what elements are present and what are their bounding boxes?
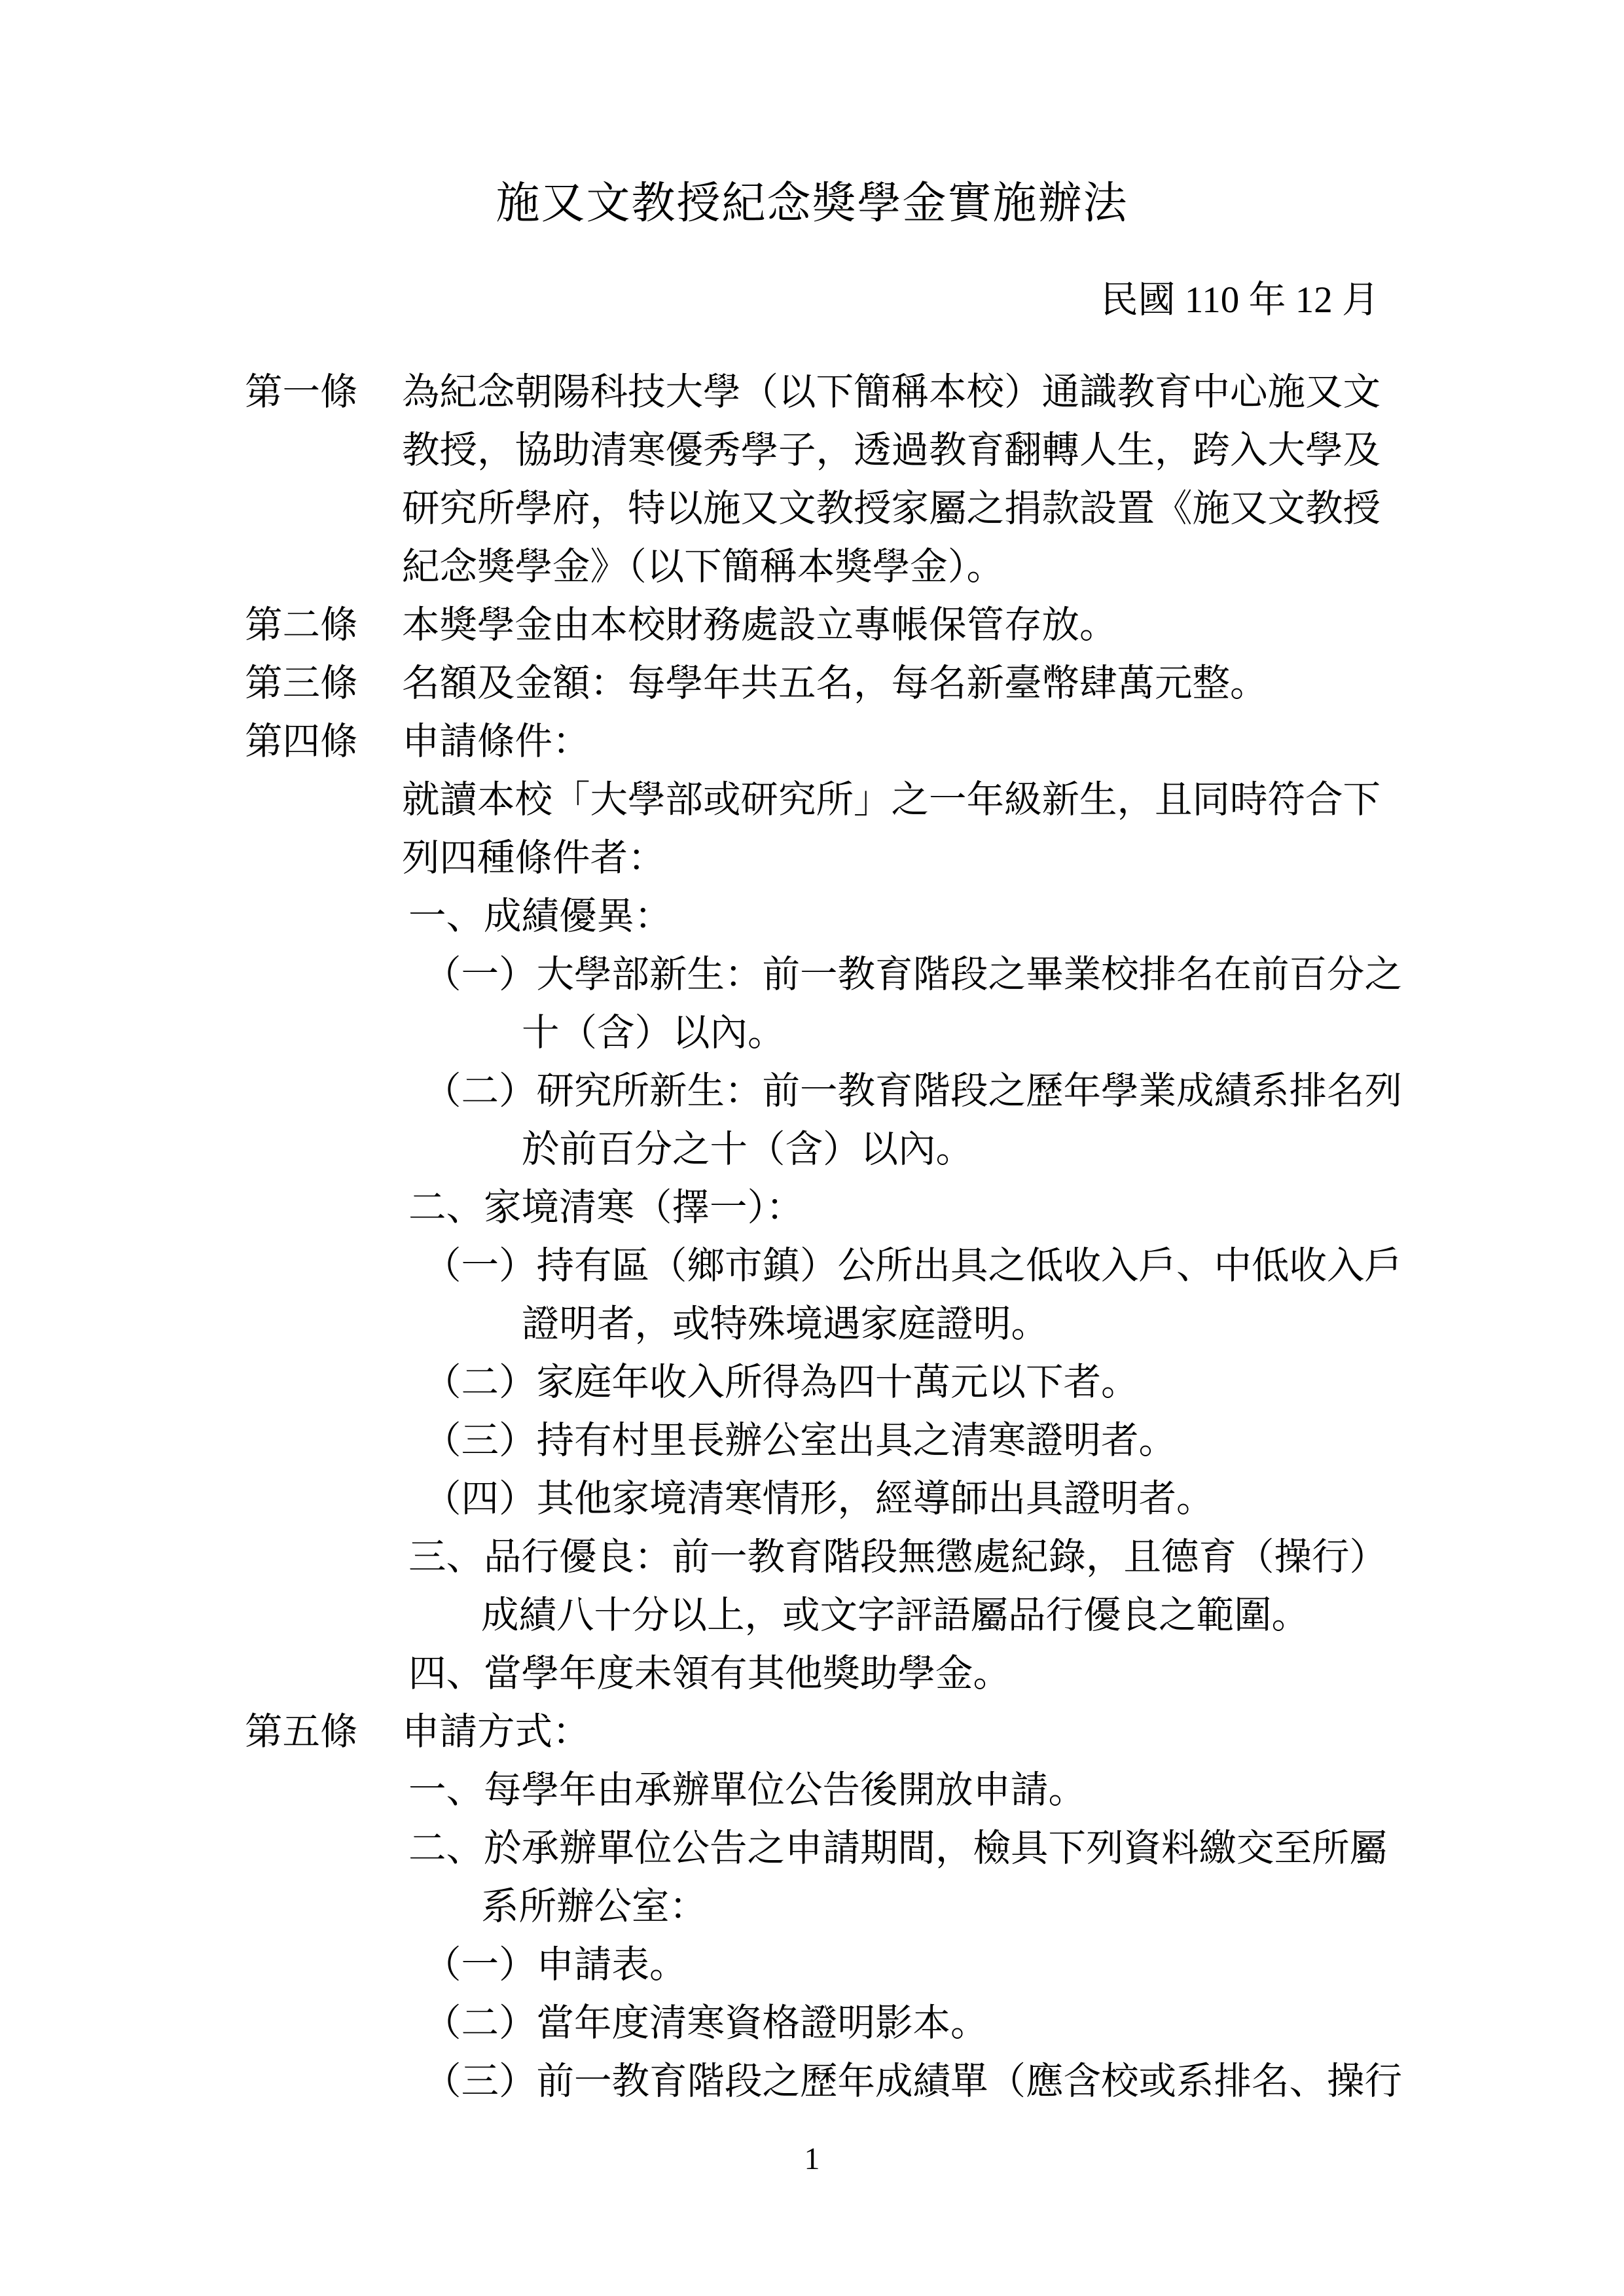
line-text: （二）家庭年收入所得為四十萬元以下者。 bbox=[424, 1354, 1139, 1412]
line-text: （三）持有村里長辦公室出具之清寒證明者。 bbox=[424, 1412, 1176, 1470]
line-text: （三）前一教育階段之歷年成績單（應含校或系排名、操行 bbox=[424, 2053, 1402, 2111]
line-text: 二、家境清寒（擇一）： bbox=[408, 1179, 804, 1237]
text-line: 一、成績優異： bbox=[0, 888, 1624, 946]
page-number: 1 bbox=[0, 2130, 1624, 2188]
article-label: 第一條 bbox=[245, 363, 358, 422]
text-line: （三）前一教育階段之歷年成績單（應含校或系排名、操行 bbox=[0, 2053, 1624, 2111]
text-line: 證明者，或特殊境遇家庭證明。 bbox=[0, 1295, 1624, 1354]
line-text: 申請條件： bbox=[402, 713, 590, 771]
line-text: 四、當學年度未領有其他獎助學金。 bbox=[408, 1645, 1011, 1703]
document-lines: 第一條為紀念朝陽科技大學（以下簡稱本校）通識教育中心施又文教授，協助清寒優秀學子… bbox=[0, 363, 1624, 2111]
line-text: （二）研究所新生：前一教育階段之歷年學業成績系排名列 bbox=[424, 1062, 1402, 1121]
text-line: 第四條申請條件： bbox=[0, 713, 1624, 771]
date-line: 民國 110 年 12 月 bbox=[245, 271, 1379, 329]
line-text: （四）其他家境清寒情形，經導師出具證明者。 bbox=[424, 1470, 1214, 1528]
line-text: 於前百分之十（含）以內。 bbox=[522, 1121, 973, 1179]
text-line: 第一條為紀念朝陽科技大學（以下簡稱本校）通識教育中心施又文 bbox=[0, 363, 1624, 422]
line-text: （一）申請表。 bbox=[424, 1936, 687, 1994]
text-line: （三）持有村里長辦公室出具之清寒證明者。 bbox=[0, 1412, 1624, 1470]
line-text: 三、品行優良：前一教育階段無懲處紀錄，且德育（操行） bbox=[408, 1528, 1387, 1587]
line-text: 十（含）以內。 bbox=[522, 1004, 785, 1062]
line-text: 研究所學府，特以施又文教授家屬之捐款設置《施又文教授 bbox=[402, 480, 1380, 538]
line-text: 名額及金額：每學年共五名，每名新臺幣肆萬元整。 bbox=[402, 655, 1268, 713]
article-label: 第二條 bbox=[245, 596, 358, 655]
text-line: 列四種條件者： bbox=[0, 829, 1624, 888]
text-line: 三、品行優良：前一教育階段無懲處紀錄，且德育（操行） bbox=[0, 1528, 1624, 1587]
article-label: 第五條 bbox=[245, 1703, 358, 1761]
text-line: （一）大學部新生：前一教育階段之畢業校排名在前百分之 bbox=[0, 946, 1624, 1004]
line-text: 教授，協助清寒優秀學子，透過教育翻轉人生，跨入大學及 bbox=[402, 422, 1380, 480]
line-text: 二、於承辦單位公告之申請期間，檢具下列資料繳交至所屬 bbox=[408, 1820, 1387, 1878]
text-line: 一、每學年由承辦單位公告後開放申請。 bbox=[0, 1761, 1624, 1820]
line-text: （一）持有區（鄉市鎮）公所出具之低收入戶、中低收入戶 bbox=[424, 1237, 1402, 1295]
text-line: 第五條申請方式： bbox=[0, 1703, 1624, 1761]
text-line: （二）當年度清寒資格證明影本。 bbox=[0, 1994, 1624, 2053]
text-line: 十（含）以內。 bbox=[0, 1004, 1624, 1062]
line-text: （二）當年度清寒資格證明影本。 bbox=[424, 1994, 988, 2053]
text-line: 第二條本獎學金由本校財務處設立專帳保管存放。 bbox=[0, 596, 1624, 655]
line-text: 為紀念朝陽科技大學（以下簡稱本校）通識教育中心施又文 bbox=[402, 363, 1380, 422]
page-title: 施又文教授紀念獎學金實施辦法 bbox=[245, 174, 1379, 233]
text-line: 於前百分之十（含）以內。 bbox=[0, 1121, 1624, 1179]
text-line: 教授，協助清寒優秀學子，透過教育翻轉人生，跨入大學及 bbox=[0, 422, 1624, 480]
article-label: 第三條 bbox=[245, 655, 358, 713]
text-line: 研究所學府，特以施又文教授家屬之捐款設置《施又文教授 bbox=[0, 480, 1624, 538]
text-line: 第三條名額及金額：每學年共五名，每名新臺幣肆萬元整。 bbox=[0, 655, 1624, 713]
line-text: 一、成績優異： bbox=[408, 888, 672, 946]
line-text: 列四種條件者： bbox=[402, 829, 666, 888]
line-text: 紀念獎學金》（以下簡稱本獎學金）。 bbox=[402, 538, 1004, 596]
document-page: { "page": { "title": "施又文教授紀念獎學金實施辦法", "… bbox=[0, 0, 1624, 2296]
line-text: 成績八十分以上，或文字評語屬品行優良之範圍。 bbox=[481, 1587, 1309, 1645]
line-text: 申請方式： bbox=[402, 1703, 590, 1761]
line-text: 系所辦公室： bbox=[481, 1878, 707, 1936]
text-line: （四）其他家境清寒情形，經導師出具證明者。 bbox=[0, 1470, 1624, 1528]
text-line: （二）研究所新生：前一教育階段之歷年學業成績系排名列 bbox=[0, 1062, 1624, 1121]
text-line: 二、於承辦單位公告之申請期間，檢具下列資料繳交至所屬 bbox=[0, 1820, 1624, 1878]
line-text: 就讀本校「大學部或研究所」之一年級新生，且同時符合下 bbox=[402, 771, 1380, 829]
article-label: 第四條 bbox=[245, 713, 358, 771]
line-text: 證明者，或特殊境遇家庭證明。 bbox=[522, 1295, 1049, 1354]
text-line: 四、當學年度未領有其他獎助學金。 bbox=[0, 1645, 1624, 1703]
line-text: 本獎學金由本校財務處設立專帳保管存放。 bbox=[402, 596, 1117, 655]
text-line: 二、家境清寒（擇一）： bbox=[0, 1179, 1624, 1237]
text-line: （一）持有區（鄉市鎮）公所出具之低收入戶、中低收入戶 bbox=[0, 1237, 1624, 1295]
text-line: （二）家庭年收入所得為四十萬元以下者。 bbox=[0, 1354, 1624, 1412]
line-text: 一、每學年由承辦單位公告後開放申請。 bbox=[408, 1761, 1086, 1820]
text-line: （一）申請表。 bbox=[0, 1936, 1624, 1994]
text-line: 成績八十分以上，或文字評語屬品行優良之範圍。 bbox=[0, 1587, 1624, 1645]
text-line: 系所辦公室： bbox=[0, 1878, 1624, 1936]
text-line: 就讀本校「大學部或研究所」之一年級新生，且同時符合下 bbox=[0, 771, 1624, 829]
line-text: （一）大學部新生：前一教育階段之畢業校排名在前百分之 bbox=[424, 946, 1402, 1004]
text-line: 紀念獎學金》（以下簡稱本獎學金）。 bbox=[0, 538, 1624, 596]
